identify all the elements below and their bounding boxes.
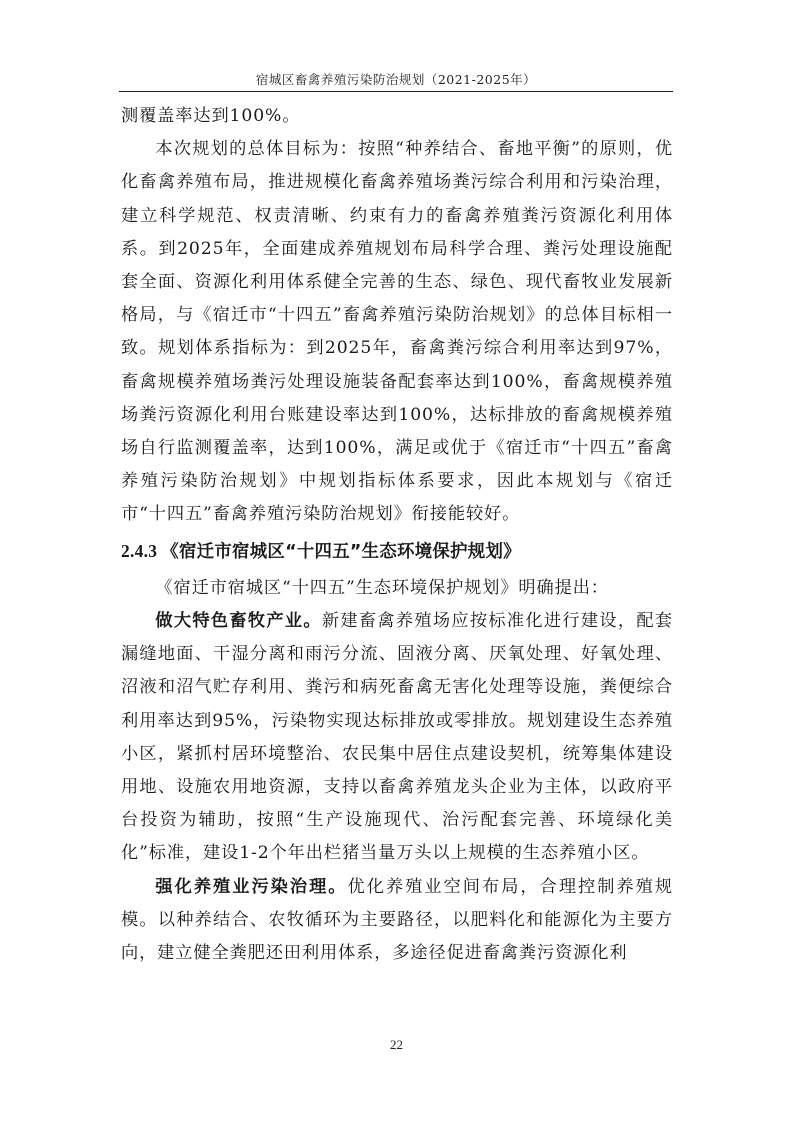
section-number: 2.4.3 xyxy=(121,541,157,561)
paragraph-intro: 《宿迁市宿城区“十四五”生态环境保护规划》明确提出： xyxy=(121,572,673,605)
paragraph-overall-goal: 本次规划的总体目标为：按照“种养结合、畜地平衡”的原则，优化畜禽养殖布局，推进规… xyxy=(121,133,673,531)
running-header: 宿城区畜禽养殖污染防治规划（2021-2025年） xyxy=(119,70,673,88)
paragraph-livestock-industry: 做大特色畜牧产业。新建畜禽养殖场应按标准化进行建设，配套漏缝地面、干湿分离和雨污… xyxy=(121,605,673,871)
section-title: 《宿迁市宿城区“十四五”生态环境保护规划》 xyxy=(161,542,521,562)
paragraph-text: 新建畜禽养殖场应按标准化进行建设，配套漏缝地面、干湿分离和雨污分流、固液分离、厌… xyxy=(121,611,673,863)
paragraph-lead: 强化养殖业污染治理。 xyxy=(155,877,347,897)
paragraph-continuation: 测覆盖率达到100%。 xyxy=(121,100,673,133)
section-heading: 2.4.3《宿迁市宿城区“十四五”生态环境保护规划》 xyxy=(121,532,673,572)
paragraph-pollution-control: 强化养殖业污染治理。优化养殖业空间布局，合理控制养殖规模。以种养结合、农牧循环为… xyxy=(121,871,673,971)
page-body: 测覆盖率达到100%。 本次规划的总体目标为：按照“种养结合、畜地平衡”的原则，… xyxy=(121,100,673,970)
page-number: 22 xyxy=(0,1037,793,1053)
header-divider xyxy=(119,91,673,92)
paragraph-lead: 做大特色畜牧产业。 xyxy=(155,611,322,631)
